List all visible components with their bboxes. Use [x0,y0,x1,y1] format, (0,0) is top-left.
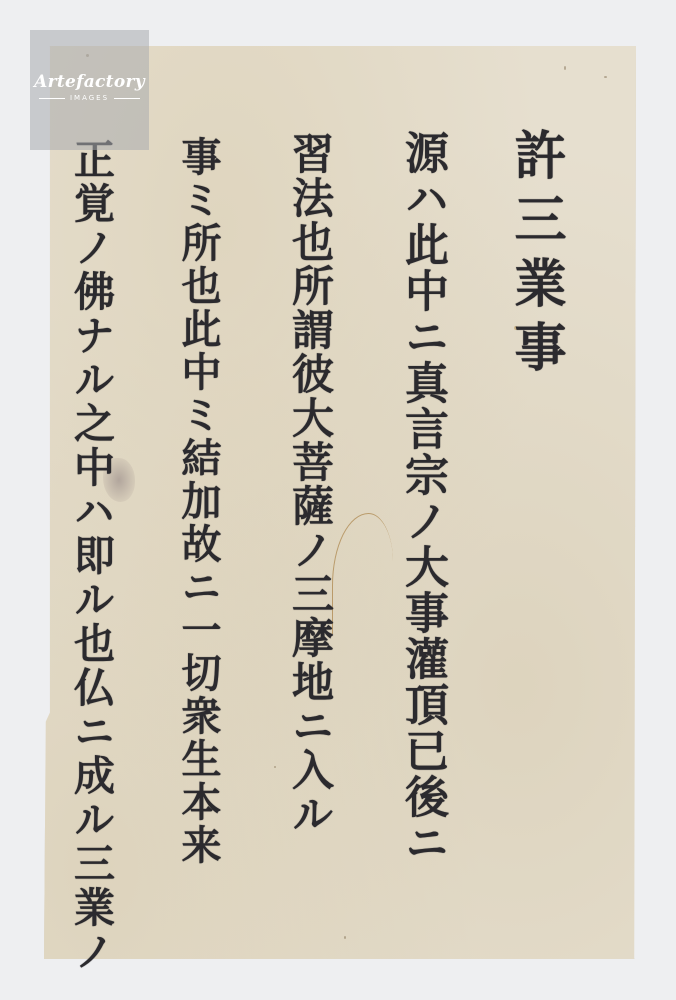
text-column-5: 正覚ノ佛ナル之中ハ即ル也仏ニ成ル三業ノ [62,138,121,974]
text-column-3: 習法也所謂彼大菩薩ノ三摩地ニ入ル [280,132,340,836]
divider-line [39,98,65,99]
watermark-logo: Artefactory IMAGES [30,30,149,150]
text-column-4: 事ミ所也此中ミ結加故ニ一切衆生本来 [170,136,227,867]
calligraphy-text: 許三業事 源ハ此中ニ真言宗ノ大事灌頂已後ニ 習法也所謂彼大菩薩ノ三摩地ニ入ル 事… [0,0,676,1000]
text-column-1: 許三業事 [498,128,573,384]
text-column-2: 源ハ此中ニ真言宗ノ大事灌頂已後ニ [390,130,454,866]
watermark-subtitle-row: IMAGES [39,94,140,102]
divider-line [114,98,140,99]
watermark-title: Artefactory [34,72,145,92]
watermark-subtitle: IMAGES [70,94,109,102]
